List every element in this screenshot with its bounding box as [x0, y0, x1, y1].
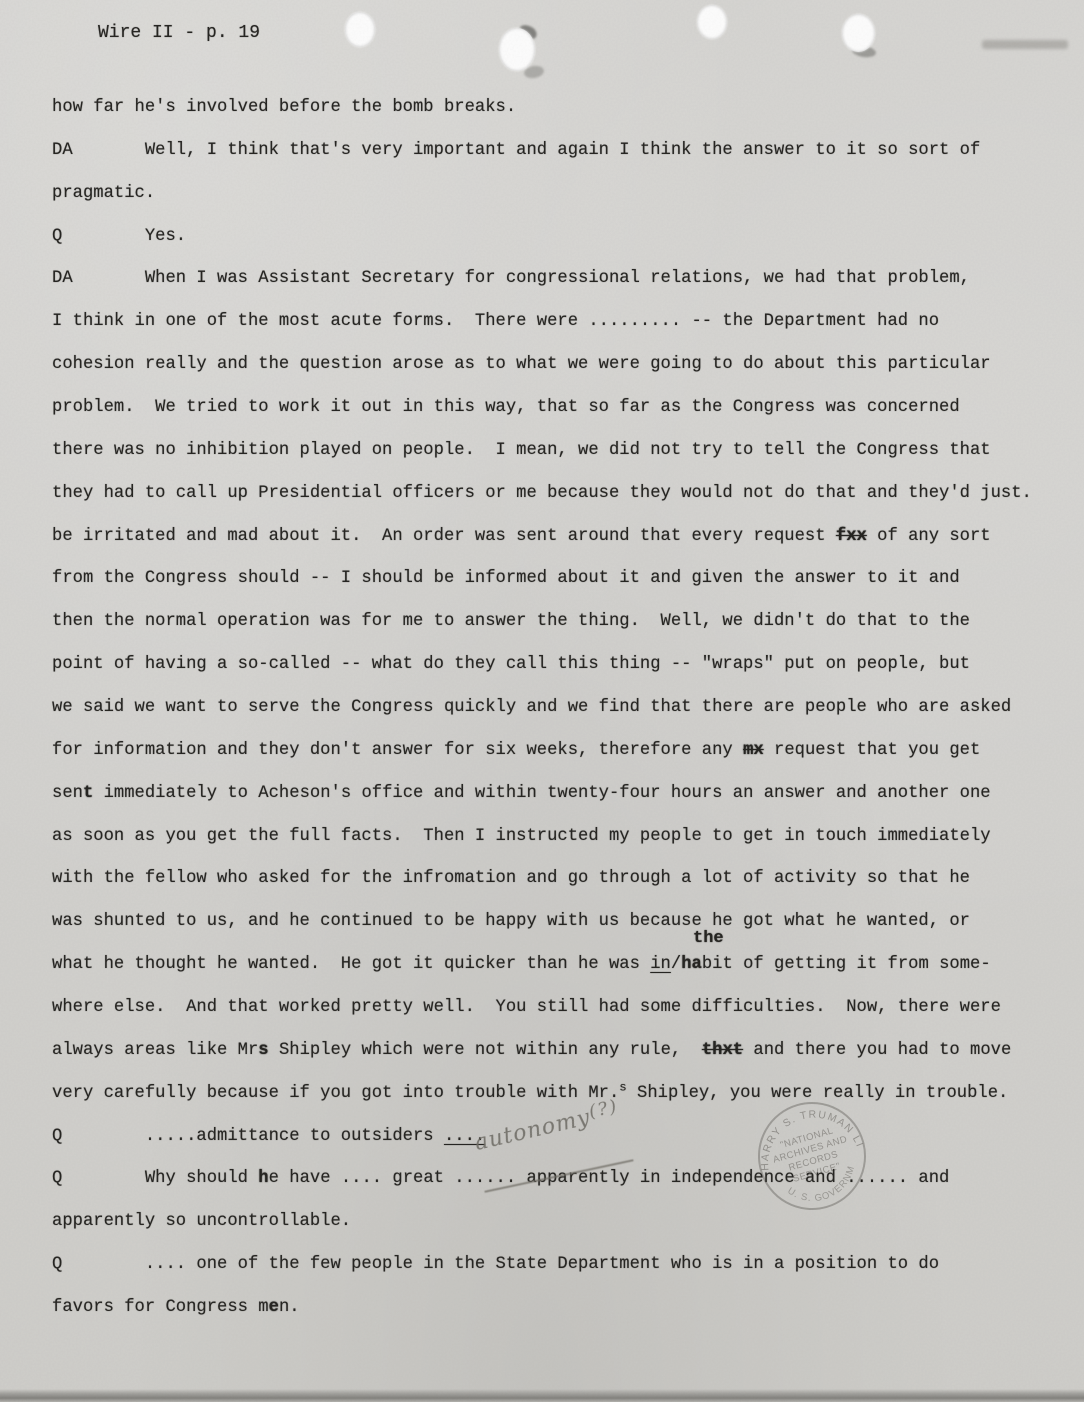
- transcript-segment: as soon as you get the full facts. Then …: [52, 827, 991, 846]
- page-header: Wire II - p. 19: [98, 22, 260, 44]
- transcript-line: what he thought he wanted. He got it qui…: [52, 944, 1062, 987]
- transcript-segment: sen: [52, 784, 83, 803]
- scan-bottom-edge: [0, 1389, 1084, 1402]
- transcript-segment: Q Yes.: [52, 227, 186, 246]
- transcript-line: DA Well, I think that's very important a…: [52, 130, 1062, 173]
- transcript-line: cohesion really and the question arose a…: [52, 344, 1062, 387]
- transcript-segment: e have .... great ...... apparently in i…: [269, 1169, 950, 1188]
- transcript-segment: Q .....admittance to outsiders: [52, 1127, 444, 1146]
- scanned-document-page: HARRY S. TRUMAN LIBRARY U. S. GOVERNMENT…: [0, 0, 1084, 1402]
- punch-hole: [842, 14, 875, 52]
- transcript-line: favors for Congress men.: [52, 1287, 1062, 1330]
- transcript-line: was shunted to us, and he continued to b…: [52, 901, 1062, 944]
- transcript-segment: immediately to Acheson's office and with…: [93, 784, 990, 803]
- transcript-segment: apparently so uncontrollable.: [52, 1212, 351, 1231]
- transcript-line: I think in one of the most acute forms. …: [52, 301, 1062, 344]
- transcript-segment: favors for Congress m: [52, 1298, 269, 1317]
- transcript-segment-strike: fxx: [836, 527, 867, 546]
- transcript-segment: be irritated and mad about it. An order …: [52, 527, 836, 546]
- transcript-segment: we said we want to serve the Congress qu…: [52, 698, 1011, 717]
- transcript-segment: request that you get: [764, 741, 981, 760]
- transcript-line: there was no inhibition played on people…: [52, 430, 1062, 473]
- transcript-segment: where else. And that worked pretty well.…: [52, 998, 1001, 1017]
- transcript-segment: was shunted to us, and he continued to b…: [52, 912, 970, 931]
- transcript-segment: I think in one of the most acute forms. …: [52, 312, 939, 331]
- transcript-line: from the Congress should -- I should be …: [52, 558, 1062, 601]
- transcript-segment: bit of getting it from some-: [702, 955, 991, 974]
- transcript-segment-sup: s: [619, 1080, 626, 1094]
- transcript-segment: then the normal operation was for me to …: [52, 612, 970, 631]
- transcript-segment: very carefully because if you got into t…: [52, 1084, 619, 1103]
- punch-hole: [697, 5, 727, 39]
- transcript-segment: DA Well, I think that's very important a…: [52, 141, 980, 160]
- punch-hole: [499, 28, 535, 71]
- transcript-line: DA When I was Assistant Secretary for co…: [52, 258, 1062, 301]
- transcript-line: with the fellow who asked for the infrom…: [52, 858, 1062, 901]
- transcript-segment: they had to call up Presidential officer…: [52, 484, 1032, 503]
- transcript-line: apparently so uncontrollable.: [52, 1201, 1062, 1244]
- transcript-lines: how far he's involved before the bomb br…: [52, 87, 1062, 1330]
- punch-hole: [345, 12, 375, 47]
- transcript-segment: and there you had to move: [743, 1041, 1011, 1060]
- transcript-segment: problem. We tried to work it out in this…: [52, 398, 960, 417]
- transcript-segment: Q Why should: [52, 1169, 258, 1188]
- transcript-line: we said we want to serve the Congress qu…: [52, 687, 1062, 730]
- transcript-segment: there was no inhibition played on people…: [52, 441, 991, 460]
- interlinear-insertion: the: [693, 929, 724, 948]
- transcript-line: sent immediately to Acheson's office and…: [52, 773, 1062, 816]
- transcript-segment: from the Congress should -- I should be …: [52, 569, 960, 588]
- transcript-line: how far he's involved before the bomb br…: [52, 87, 1062, 130]
- transcript-segment: n.: [279, 1298, 300, 1317]
- transcript-segment: /: [671, 955, 681, 974]
- transcript-line: then the normal operation was for me to …: [52, 601, 1062, 644]
- transcript-segment: point of having a so-called -- what do t…: [52, 655, 970, 674]
- transcript-line: always areas like Mrs Shipley which were…: [52, 1030, 1062, 1073]
- transcript-segment: pragmatic.: [52, 184, 155, 203]
- faint-ink-smudge: [982, 40, 1068, 49]
- transcript-segment-over: t: [83, 784, 93, 803]
- transcript-segment-over: s: [258, 1041, 268, 1060]
- transcript-segment-over: e: [269, 1298, 279, 1317]
- transcript-segment: Q .... one of the few people in the Stat…: [52, 1255, 939, 1274]
- transcript-segment: DA When I was Assistant Secretary for co…: [52, 269, 970, 288]
- transcript-segment: always areas like Mr: [52, 1041, 258, 1060]
- transcript-segment: what he thought he wanted. He got it qui…: [52, 955, 650, 974]
- transcript-segment-strike: thxt: [702, 1041, 743, 1060]
- transcript-segment-over: ha: [681, 955, 702, 974]
- transcript-line: where else. And that worked pretty well.…: [52, 987, 1062, 1030]
- transcript-segment: how far he's involved before the bomb br…: [52, 98, 516, 117]
- transcript-line: point of having a so-called -- what do t…: [52, 644, 1062, 687]
- transcript-segment: of any sort: [867, 527, 991, 546]
- transcript-segment: with the fellow who asked for the infrom…: [52, 869, 970, 888]
- transcript-segment: Shipley which were not within any rule,: [269, 1041, 702, 1060]
- transcript-segment: cohesion really and the question arose a…: [52, 355, 991, 374]
- transcript-segment-strike: mx: [743, 741, 764, 760]
- transcript-line: Q Yes.: [52, 216, 1062, 259]
- transcript-line: for information and they don't answer fo…: [52, 730, 1062, 773]
- transcript-line: Q Why should he have .... great ...... a…: [52, 1158, 1062, 1201]
- transcript-segment: Shipley, you were really in trouble.: [627, 1084, 1009, 1103]
- transcript-line: problem. We tried to work it out in this…: [52, 387, 1062, 430]
- transcript-line: they had to call up Presidential officer…: [52, 473, 1062, 516]
- transcript-line: as soon as you get the full facts. Then …: [52, 816, 1062, 859]
- transcript-segment-ul: in: [650, 955, 671, 974]
- transcript-segment-over: h: [258, 1169, 268, 1188]
- transcript-line: be irritated and mad about it. An order …: [52, 516, 1062, 559]
- transcript-line: pragmatic.: [52, 173, 1062, 216]
- transcript-line: Q .... one of the few people in the Stat…: [52, 1244, 1062, 1287]
- transcript-segment: for information and they don't answer fo…: [52, 741, 743, 760]
